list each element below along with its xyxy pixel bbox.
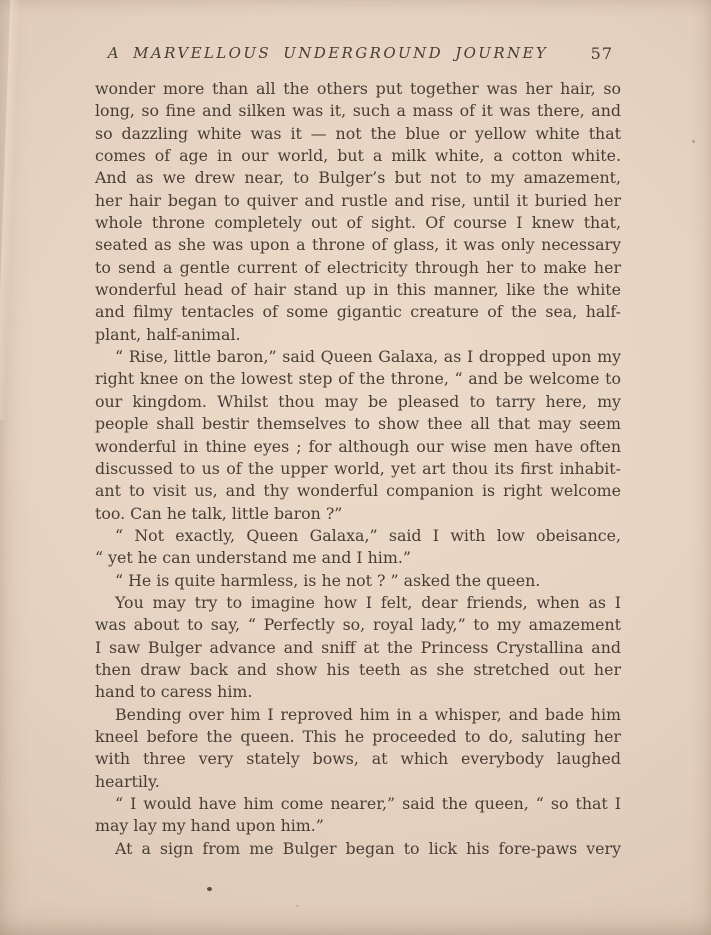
text-line: Bending over him I reproved him in a whi… — [95, 704, 621, 726]
text-line: then draw back and show his teeth as she… — [95, 659, 621, 681]
paper-speck — [692, 140, 695, 143]
paper-speck — [296, 905, 299, 907]
text-line: “ Rise, little baron,” said Queen Galaxa… — [95, 346, 621, 368]
text-line: discussed to us of the upper world, yet … — [95, 458, 621, 480]
text-line: “ I would have him come nearer,” said th… — [95, 793, 621, 815]
text-line: our kingdom. Whilst thou may be pleased … — [95, 391, 621, 413]
text-line: right knee on the lowest step of the thr… — [95, 368, 621, 390]
text-line: people shall bestir themselves to show t… — [95, 413, 621, 435]
ink-speck — [207, 887, 212, 891]
text-line: heartily. — [95, 771, 621, 793]
running-header: A MARVELLOUS UNDERGROUND JOURNEY 57 — [95, 44, 621, 66]
text-line: I saw Bulger advance and sniff at the Pr… — [95, 637, 621, 659]
text-line: “ yet he can understand me and I him.” — [95, 547, 621, 569]
text-line: At a sign from me Bulger began to lick h… — [95, 838, 621, 860]
text-line: long, so fine and silken was it, such a … — [95, 100, 621, 122]
text-line: ant to visit us, and thy wonderful compa… — [95, 480, 621, 502]
text-line: with three very stately bows, at which e… — [95, 748, 621, 770]
text-line: and filmy tentacles of some gigantic cre… — [95, 301, 621, 323]
text-line: kneel before the queen. This he proceede… — [95, 726, 621, 748]
page-number: 57 — [591, 44, 613, 63]
text-line: to send a gentle current of electricity … — [95, 257, 621, 279]
text-line: so dazzling white was it — not the blue … — [95, 123, 621, 145]
text-line: wonder more than all the others put toge… — [95, 78, 621, 100]
text-line: hand to caress him. — [95, 681, 621, 703]
text-line: her hair began to quiver and rustle and … — [95, 190, 621, 212]
text-line: may lay my hand upon him.” — [95, 815, 621, 837]
text-line: too. Can he talk, little baron ?” — [95, 503, 621, 525]
text-line: “ Not exactly, Queen Galaxa,” said I wit… — [95, 525, 621, 547]
text-line: You may try to imagine how I felt, dear … — [95, 592, 621, 614]
header-title: A MARVELLOUS UNDERGROUND JOURNEY — [95, 44, 561, 62]
text-line: seated as she was upon a throne of glass… — [95, 234, 621, 256]
book-page: A MARVELLOUS UNDERGROUND JOURNEY 57 wond… — [0, 0, 711, 935]
text-column: wonder more than all the others put toge… — [95, 78, 621, 860]
text-line: plant, half-animal. — [95, 324, 621, 346]
text-line: And as we drew near, to Bulger’s but not… — [95, 167, 621, 189]
text-line: was about to say, “ Perfectly so, royal … — [95, 614, 621, 636]
text-line: wonderful head of hair stand up in this … — [95, 279, 621, 301]
text-line: “ He is quite harmless, is he not ? ” as… — [95, 570, 621, 592]
text-line: whole throne completely out of sight. Of… — [95, 212, 621, 234]
text-line: wonderful in thine eyes ; for although o… — [95, 436, 621, 458]
text-line: comes of age in our world, but a milk wh… — [95, 145, 621, 167]
